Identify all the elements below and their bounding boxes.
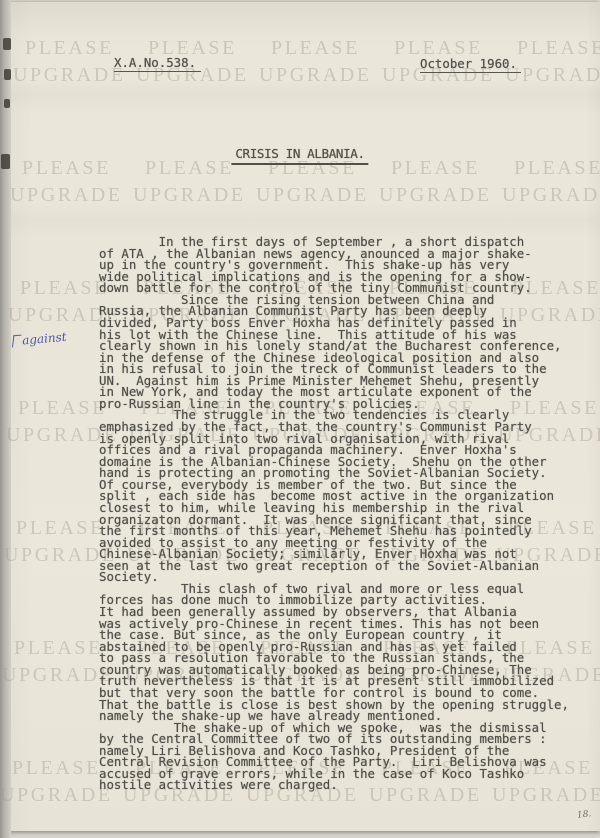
scan-artifact — [4, 69, 11, 80]
document-title: CRISIS IN ALBANIA. — [231, 146, 368, 165]
document-body: In the first days of September , a short… — [99, 236, 569, 791]
scanner-edge — [0, 0, 11, 838]
page-number: 18. — [577, 809, 592, 820]
scanned-page: PLEASEUPGRADEPLEASEUPGRADEPLEASEUPGRADEP… — [0, 0, 600, 838]
document-date: October 1960. — [420, 56, 521, 73]
scan-artifact — [4, 99, 10, 108]
scan-artifact — [1, 154, 10, 169]
scan-artifact — [3, 38, 11, 50]
document-reference: X.A.No.538. — [114, 55, 201, 72]
insertion-mark-icon — [12, 335, 21, 348]
